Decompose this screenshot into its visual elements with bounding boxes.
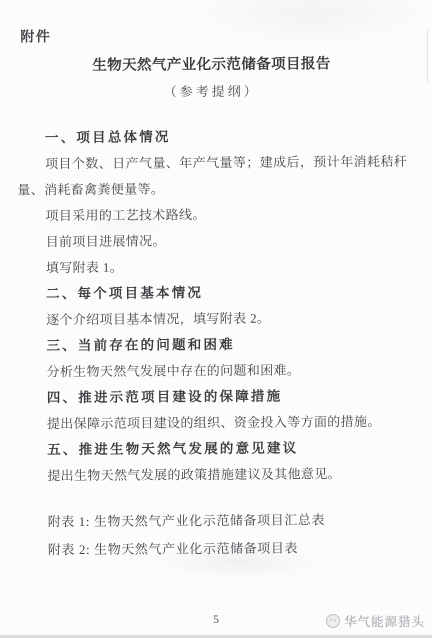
section-heading: 二、每个项目基本情况 bbox=[46, 279, 408, 308]
section-heading: 三、当前存在的问题和困难 bbox=[46, 331, 408, 360]
section-paragraph: 提出保障示范项目建设的组织、资金投入等方面的措施。 bbox=[19, 409, 409, 438]
document-title: 生物天然气产业化示范储备项目报告 bbox=[16, 54, 406, 77]
section-1: 一、项目总体情况 项目个数、日产气量、年产气量等；建成后，预计年消耗秸秆量、消耗… bbox=[17, 123, 408, 282]
section-2: 二、每个项目基本情况 逐个介绍项目基本情况，填写附表 2。 bbox=[18, 279, 408, 334]
section-paragraph: 项目采用的工艺技术路线。 bbox=[17, 201, 407, 230]
section-paragraph: 逐个介绍项目基本情况，填写附表 2。 bbox=[18, 305, 408, 334]
section-3: 三、当前存在的问题和困难 分析生物天然气发展中存在的问题和困难。 bbox=[18, 331, 408, 386]
section-heading: 四、推进示范项目建设的保障措施 bbox=[47, 383, 409, 412]
section-4: 四、推进示范项目建设的保障措施 提出保障示范项目建设的组织、资金投入等方面的措施… bbox=[19, 383, 409, 438]
scan-edge-artifact bbox=[427, 30, 428, 82]
document-subtitle: （参考提纲） bbox=[17, 82, 407, 103]
appendix-table-2: 附表 2: 生物天然气产业化示范储备项目表 bbox=[48, 533, 410, 563]
attachment-label: 附件 bbox=[20, 27, 406, 48]
document-page: 附件 生物天然气产业化示范储备项目报告 （参考提纲） 一、项目总体情况 项目个数… bbox=[0, 0, 432, 638]
section-paragraph: 填写附表 1。 bbox=[18, 253, 408, 282]
appendix-list: 附表 1: 生物天然气产业化示范储备项目汇总表 附表 2: 生物天然气产业化示范… bbox=[20, 506, 410, 564]
section-paragraph: 提出生物天然气发展的政策措施建议及其他意见。 bbox=[19, 461, 409, 490]
watermark-logo-icon bbox=[326, 614, 340, 628]
section-heading: 五、推进生物天然气发展的意见建议 bbox=[47, 435, 409, 464]
document-body: 一、项目总体情况 项目个数、日产气量、年产气量等；建成后，预计年消耗秸秆量、消耗… bbox=[17, 123, 410, 564]
section-paragraph: 分析生物天然气发展中存在的问题和困难。 bbox=[19, 357, 409, 386]
scanned-content: 附件 生物天然气产业化示范储备项目报告 （参考提纲） 一、项目总体情况 项目个数… bbox=[0, 0, 432, 564]
watermark: 华气能源猎头 bbox=[326, 612, 425, 630]
section-heading: 一、项目总体情况 bbox=[45, 123, 407, 152]
section-5: 五、推进生物天然气发展的意见建议 提出生物天然气发展的政策措施建议及其他意见。 bbox=[19, 435, 409, 490]
watermark-text: 华气能源猎头 bbox=[344, 612, 425, 630]
appendix-table-1: 附表 1: 生物天然气产业化示范储备项目汇总表 bbox=[48, 506, 410, 536]
page-footer: 5 华气能源猎头 bbox=[0, 612, 432, 632]
section-paragraph: 目前项目进展情况。 bbox=[18, 227, 408, 256]
section-paragraph: 项目个数、日产气量、年产气量等；建成后，预计年消耗秸秆量、消耗畜禽粪便量等。 bbox=[17, 149, 407, 204]
